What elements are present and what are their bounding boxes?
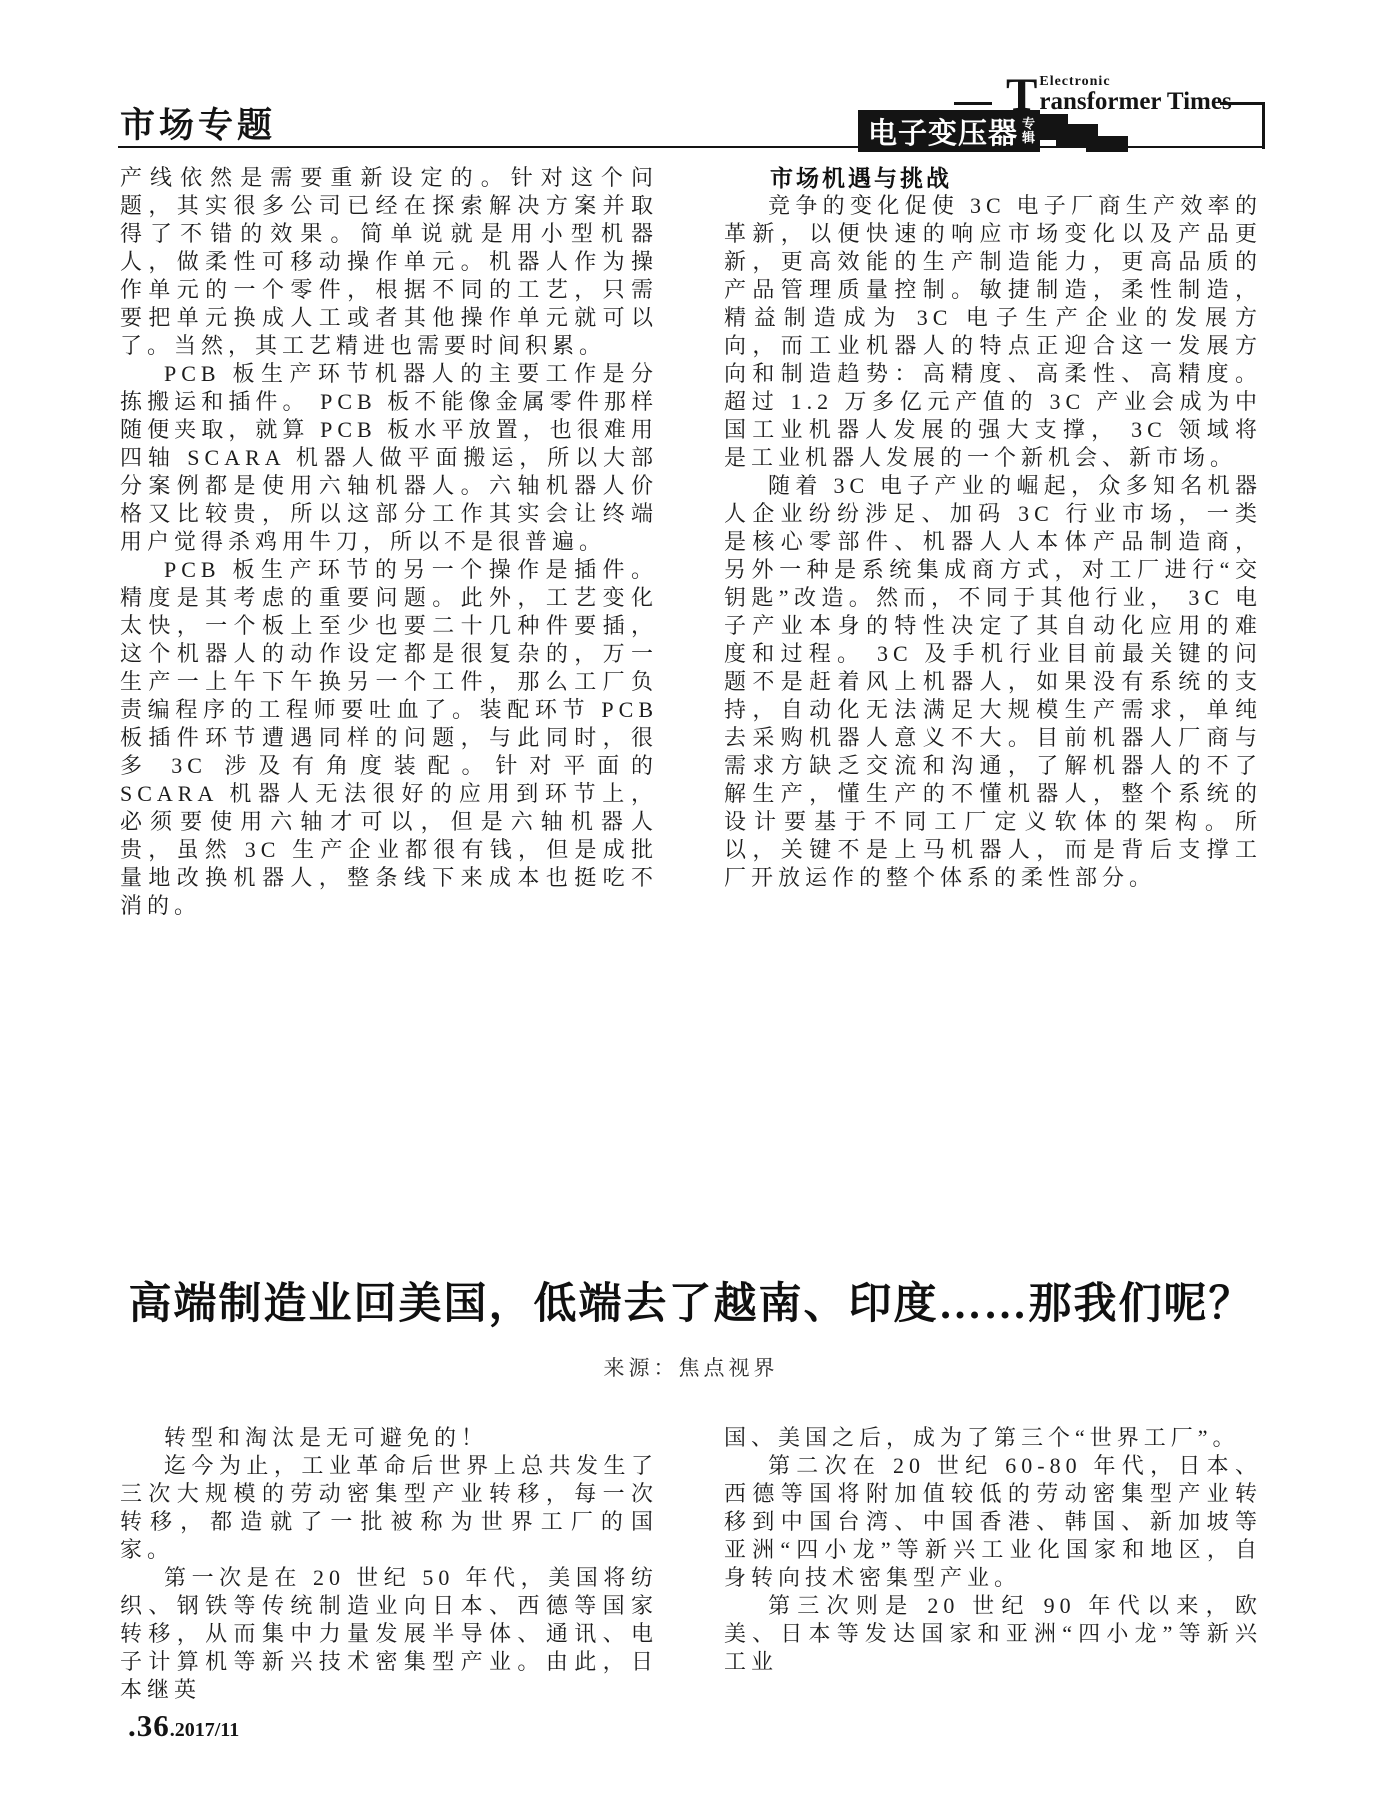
page-number: .36 bbox=[128, 1708, 170, 1744]
body-paragraph: PCB 板生产环节的另一个操作是插件。精度是其考虑的重要问题。此外，工艺变化太快… bbox=[120, 556, 658, 920]
body-paragraph: PCB 板生产环节机器人的主要工作是分拣搬运和插件。 PCB 板不能像金属零件那… bbox=[120, 360, 658, 556]
masthead-left-dash bbox=[954, 102, 992, 105]
logo-sub-text: 专 辑 bbox=[1022, 117, 1035, 145]
issue-number: .2017/11 bbox=[170, 1719, 239, 1742]
section-label: 市场专题 bbox=[120, 98, 276, 148]
body-paragraph: 第二次在 20 世纪 60-80 年代，日本、西德等国将附加值较低的劳动密集型产… bbox=[724, 1452, 1262, 1592]
logo-staircase-shape bbox=[1040, 110, 1132, 152]
article2-headline: 高端制造业回美国，低端去了越南、印度……那我们呢？ bbox=[120, 1280, 1262, 1330]
article1-right-column: 市场机遇与挑战 竞争的变化促使 3C 电子厂商生产效率的革新，以便快速的响应市场… bbox=[724, 164, 1262, 920]
article1-columns: 产线依然是需要重新设定的。针对这个问题，其实很多公司已经在探索解决方案并取得了不… bbox=[120, 164, 1262, 920]
logo-sub-bottom: 辑 bbox=[1022, 131, 1035, 145]
article2-left-column: 转型和淘汰是无可避免的！ 迄今为止，工业革命后世界上总共发生了三次大规模的劳动密… bbox=[120, 1424, 658, 1704]
logo-box: 电子变压器 专 辑 bbox=[858, 110, 1040, 152]
magazine-page: 市场专题 T Electronic ransformer Times 电子变压器… bbox=[0, 0, 1380, 1820]
body-paragraph: 迄今为止，工业革命后世界上总共发生了三次大规模的劳动密集型产业转移，每一次转移，… bbox=[120, 1452, 658, 1564]
body-paragraph: 第一次是在 20 世纪 50 年代，美国将纺织、钢铁等传统制造业向日本、西德等国… bbox=[120, 1564, 658, 1704]
masthead-text: Electronic ransformer Times bbox=[1039, 74, 1231, 114]
masthead-electronic-label: Electronic bbox=[1039, 74, 1231, 89]
article1-left-column: 产线依然是需要重新设定的。针对这个问题，其实很多公司已经在探索解决方案并取得了不… bbox=[120, 164, 658, 920]
magazine-logo: 电子变压器 专 辑 bbox=[858, 110, 1132, 152]
logo-sub-top: 专 bbox=[1022, 117, 1035, 131]
body-paragraph: 第三次则是 20 世纪 90 年代以来，欧美、日本等发达国家和亚洲“四小龙”等新… bbox=[724, 1592, 1262, 1676]
article2-columns: 转型和淘汰是无可避免的！ 迄今为止，工业革命后世界上总共发生了三次大规模的劳动密… bbox=[120, 1424, 1262, 1704]
article2-right-column: 国、美国之后，成为了第三个“世界工厂”。 第二次在 20 世纪 60-80 年代… bbox=[724, 1424, 1262, 1704]
body-paragraph: 竞争的变化促使 3C 电子厂商生产效率的革新，以便快速的响应市场变化以及产品更新… bbox=[724, 192, 1262, 472]
page-footer: .36 .2017/11 bbox=[128, 1708, 239, 1744]
article2-source-line: 来源：焦点视界 bbox=[120, 1352, 1262, 1382]
body-paragraph: 转型和淘汰是无可避免的！ bbox=[120, 1424, 658, 1452]
body-paragraph: 产线依然是需要重新设定的。针对这个问题，其实很多公司已经在探索解决方案并取得了不… bbox=[120, 164, 658, 360]
masthead-corner-rule bbox=[1220, 102, 1265, 149]
body-paragraph: 国、美国之后，成为了第三个“世界工厂”。 bbox=[724, 1424, 1262, 1452]
article1-subheading: 市场机遇与挑战 bbox=[724, 164, 1262, 192]
logo-main-text: 电子变压器 bbox=[868, 111, 1018, 152]
body-paragraph: 随着 3C 电子产业的崛起，众多知名机器人企业纷纷涉足、加码 3C 行业市场，一… bbox=[724, 472, 1262, 892]
